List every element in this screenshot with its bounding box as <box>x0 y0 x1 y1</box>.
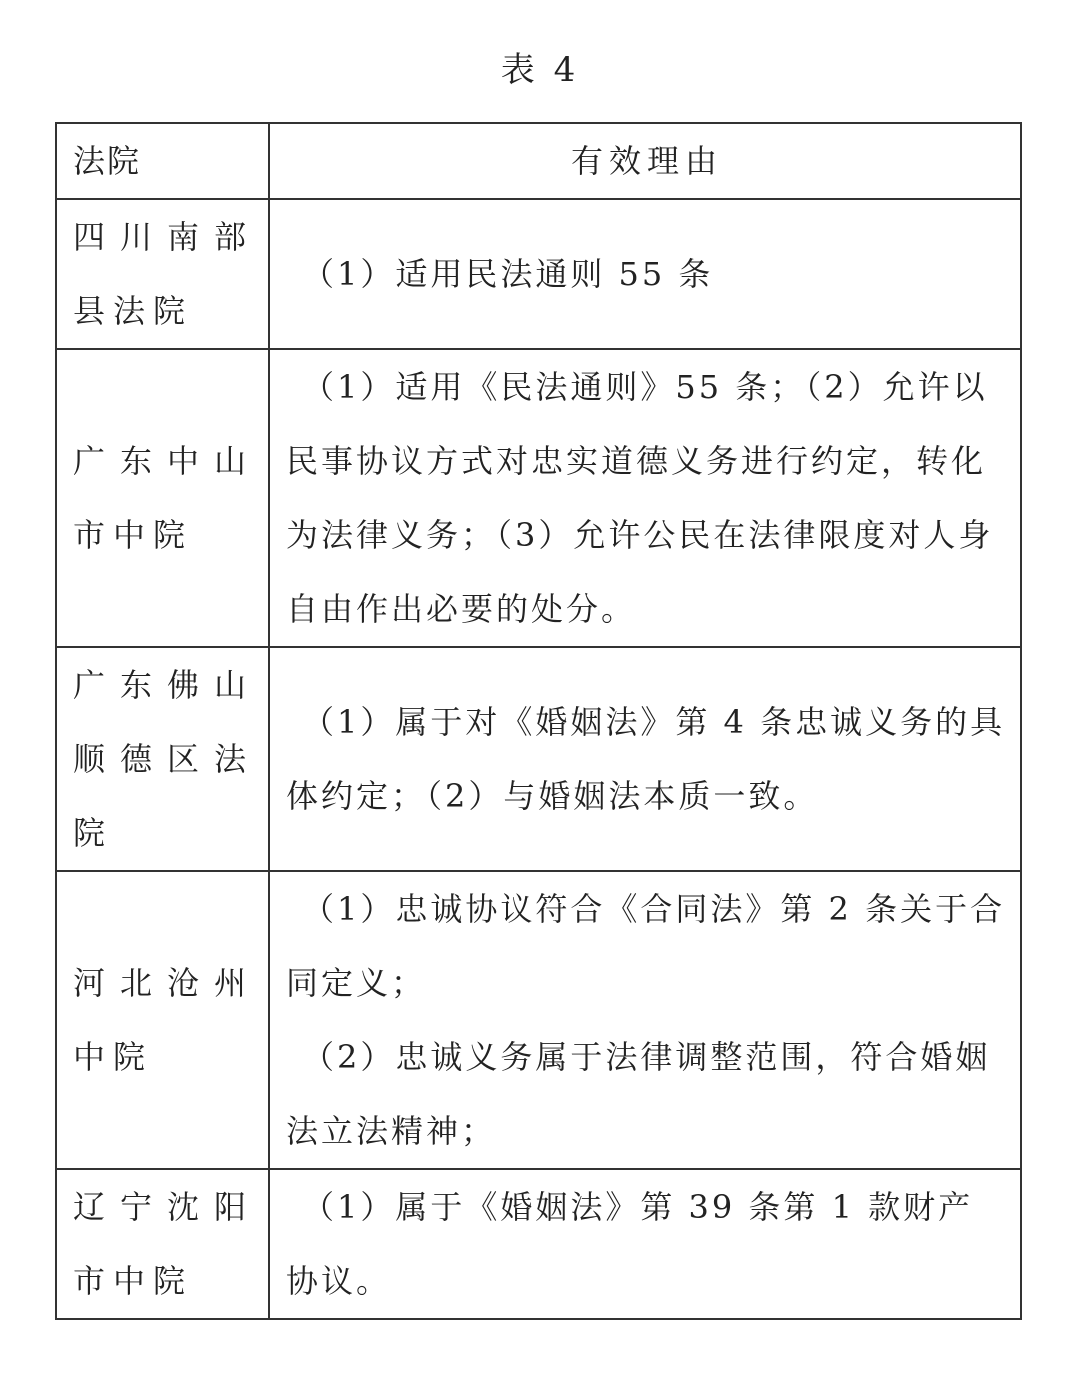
table-row: 四川南部县法院 （1）适用民法通则 55 条 <box>56 199 1021 349</box>
reason-cell: （1）属于《婚姻法》第 39 条第 1 款财产协议。 <box>269 1169 1021 1319</box>
reason-text: （1）属于对《婚姻法》第 4 条忠诚义务的具体约定；（2）与婚姻法本质一致。 <box>286 685 1008 833</box>
court-cell: 四川南部县法院 <box>56 199 269 349</box>
table-row: 广东佛山顺德区法院 （1）属于对《婚姻法》第 4 条忠诚义务的具体约定；（2）与… <box>56 647 1021 871</box>
table-row: 河北沧州中院 （1）忠诚协议符合《合同法》第 2 条关于合同定义； （2）忠诚义… <box>56 871 1021 1169</box>
court-reasons-table: 法院 有效理由 四川南部县法院 （1）适用民法通则 55 条 广东中山市中院 （… <box>55 122 1022 1320</box>
reason-text: （1）忠诚协议符合《合同法》第 2 条关于合同定义； <box>286 872 1008 1020</box>
reason-text: （1）属于《婚姻法》第 39 条第 1 款财产协议。 <box>286 1170 1008 1318</box>
table-header-row: 法院 有效理由 <box>56 123 1021 199</box>
court-name: 四川南部县法院 <box>73 200 254 348</box>
reason-text: （2）忠诚义务属于法律调整范围，符合婚姻法立法精神； <box>286 1020 1008 1168</box>
header-reason: 有效理由 <box>269 123 1021 199</box>
court-cell: 河北沧州中院 <box>56 871 269 1169</box>
reason-cell: （1）忠诚协议符合《合同法》第 2 条关于合同定义； （2）忠诚义务属于法律调整… <box>269 871 1021 1169</box>
reason-text: （1）适用民法通则 55 条 <box>286 237 1008 311</box>
court-cell: 辽宁沈阳市中院 <box>56 1169 269 1319</box>
table-row: 辽宁沈阳市中院 （1）属于《婚姻法》第 39 条第 1 款财产协议。 <box>56 1169 1021 1319</box>
reason-cell: （1）适用《民法通则》55 条；（2）允许以民事协议方式对忠实道德义务进行约定，… <box>269 349 1021 647</box>
reason-cell: （1）属于对《婚姻法》第 4 条忠诚义务的具体约定；（2）与婚姻法本质一致。 <box>269 647 1021 871</box>
court-name: 广东中山市中院 <box>73 424 254 572</box>
court-name: 广东佛山顺德区法院 <box>73 648 254 870</box>
table-title: 表 4 <box>0 42 1080 91</box>
court-name: 辽宁沈阳市中院 <box>73 1170 254 1318</box>
table-row: 广东中山市中院 （1）适用《民法通则》55 条；（2）允许以民事协议方式对忠实道… <box>56 349 1021 647</box>
header-court: 法院 <box>56 123 269 199</box>
court-cell: 广东中山市中院 <box>56 349 269 647</box>
court-name: 河北沧州中院 <box>73 946 254 1094</box>
reason-cell: （1）适用民法通则 55 条 <box>269 199 1021 349</box>
reason-text: （1）适用《民法通则》55 条；（2）允许以民事协议方式对忠实道德义务进行约定，… <box>286 350 1008 646</box>
court-cell: 广东佛山顺德区法院 <box>56 647 269 871</box>
